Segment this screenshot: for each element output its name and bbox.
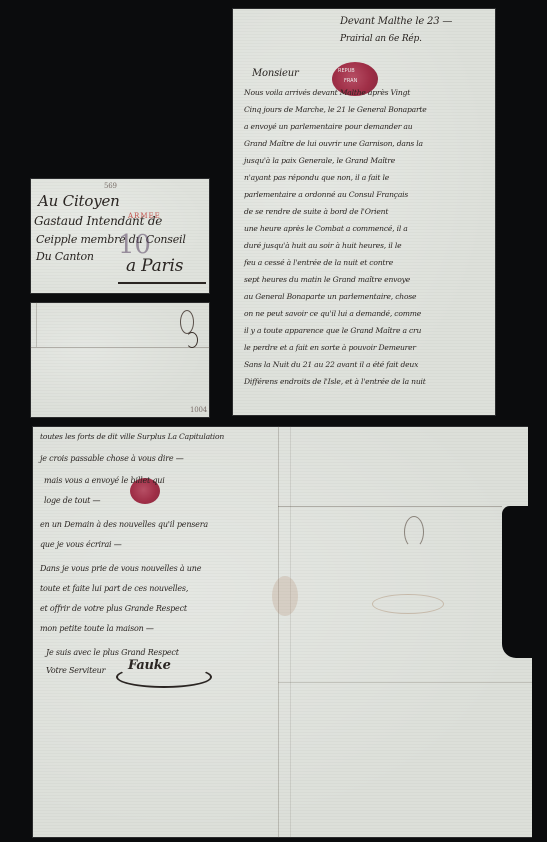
salutation: Monsieur	[252, 68, 299, 79]
letter-line: duré jusqu'à huit au soir à huit heures,…	[244, 241, 401, 250]
letter-line: toute et faite lui part de ces nouvelles…	[40, 584, 188, 593]
underline-flourish	[118, 282, 206, 284]
letter-line: mais vous a envoyé le billet qui	[44, 476, 165, 485]
cover-back: 1004	[30, 302, 210, 418]
dateline-1: Devant Malthe le 23 —	[340, 16, 452, 27]
fold-line	[278, 682, 532, 683]
fold-line	[30, 347, 210, 348]
letter-line: loge de tout —	[44, 496, 100, 505]
letter-line: au General Bonaparte un parlementaire, c…	[244, 292, 416, 301]
letter-line: on ne peut savoir ce qu'il lui a demandé…	[244, 309, 421, 318]
rating-mark: 10	[118, 230, 151, 260]
address-line-4: Du Canton	[36, 250, 94, 263]
letter-line: Sans la Nuit du 21 au 22 avant il a été …	[244, 360, 418, 369]
letter-page-2: toutes les forts de dit ville Surplus La…	[32, 426, 540, 838]
letter-line: Dans je vous prie de vous nouvelles à un…	[40, 564, 201, 573]
signature-flourish	[116, 666, 212, 688]
torn-edge	[528, 426, 540, 506]
letter-line: en un Demain à des nouvelles qu'il pense…	[40, 520, 208, 529]
catalog-number: 569	[104, 182, 117, 190]
letter-line: Nous voila arrivés devant Malthe après V…	[244, 88, 494, 97]
seal-remnant-icon	[180, 310, 194, 334]
letter-line: que je vous écrirai —	[40, 540, 122, 549]
faded-docket-mark	[372, 594, 444, 614]
red-postmark: ARMEE	[128, 212, 161, 220]
letter-line: Cinq jours de Marche, le 21 le General B…	[244, 105, 427, 114]
torn-edge	[532, 658, 540, 838]
fold-line	[290, 426, 291, 838]
seal-remnant-icon	[186, 332, 198, 348]
letter-line: le perdre et a fait en sorte à pouvoir D…	[244, 343, 416, 352]
letter-line: n'ayant pas répondu que non, il a fait l…	[244, 173, 389, 182]
letter-line: Je suis avec le plus Grand Respect	[46, 648, 179, 657]
letter-line: a envoyé un parlementaire pour demander …	[244, 122, 412, 131]
letter-line: Votre Serviteur	[46, 666, 105, 675]
letter-line: et offrir de votre plus Grande Respect	[40, 604, 187, 613]
letter-line: je crois passable chose à vous dire —	[40, 454, 184, 463]
letter-body-page-1: Nous voila arrivés devant Malthe après V…	[244, 88, 494, 97]
stain	[272, 576, 298, 616]
cover-front: 569 Au Citoyen Gastaud Intendant de Ceip…	[30, 178, 210, 294]
address-line-3: Ceipple membre du Conseil	[36, 233, 186, 246]
fold-line	[36, 302, 37, 347]
center-fold	[278, 426, 279, 838]
faded-docket-mark	[404, 516, 424, 548]
letter-line: feu a cessé à l'entrée de la nuit et con…	[244, 258, 393, 267]
letter-line: il y a toute apparence que le Grand Maît…	[244, 326, 421, 335]
letter-line: de se rendre de suite à bord de l'Orient	[244, 207, 388, 216]
seal-text-1: REPUB	[338, 68, 355, 74]
seal-text-2: FRAN	[344, 78, 357, 84]
letter-line: sept heures du matin le Grand maître env…	[244, 275, 410, 284]
torn-edge	[502, 506, 542, 658]
letter-line: Différens endroits de l'Isle, et à l'ent…	[244, 377, 426, 386]
letter-line: toutes les forts de dit ville Surplus La…	[40, 432, 224, 441]
letter-line: parlementaire a ordonné au Consul França…	[244, 190, 408, 199]
address-line-1: Au Citoyen	[38, 192, 120, 210]
letter-line: jusqu'à la paix Generale, le Grand Maîtr…	[244, 156, 395, 165]
letter-line: une heure après le Combat a commencé, il…	[244, 224, 408, 233]
dateline-2: Prairial an 6e Rép.	[340, 34, 422, 44]
fold-line	[278, 506, 502, 507]
letter-page-1: Devant Malthe le 23 — Prairial an 6e Rép…	[232, 8, 496, 416]
letter-line: Grand Maître de lui ouvrir une Garnison,…	[244, 139, 423, 148]
letter-line: mon petite toute la maison —	[40, 624, 154, 633]
inventory-number: 1004	[190, 406, 207, 414]
